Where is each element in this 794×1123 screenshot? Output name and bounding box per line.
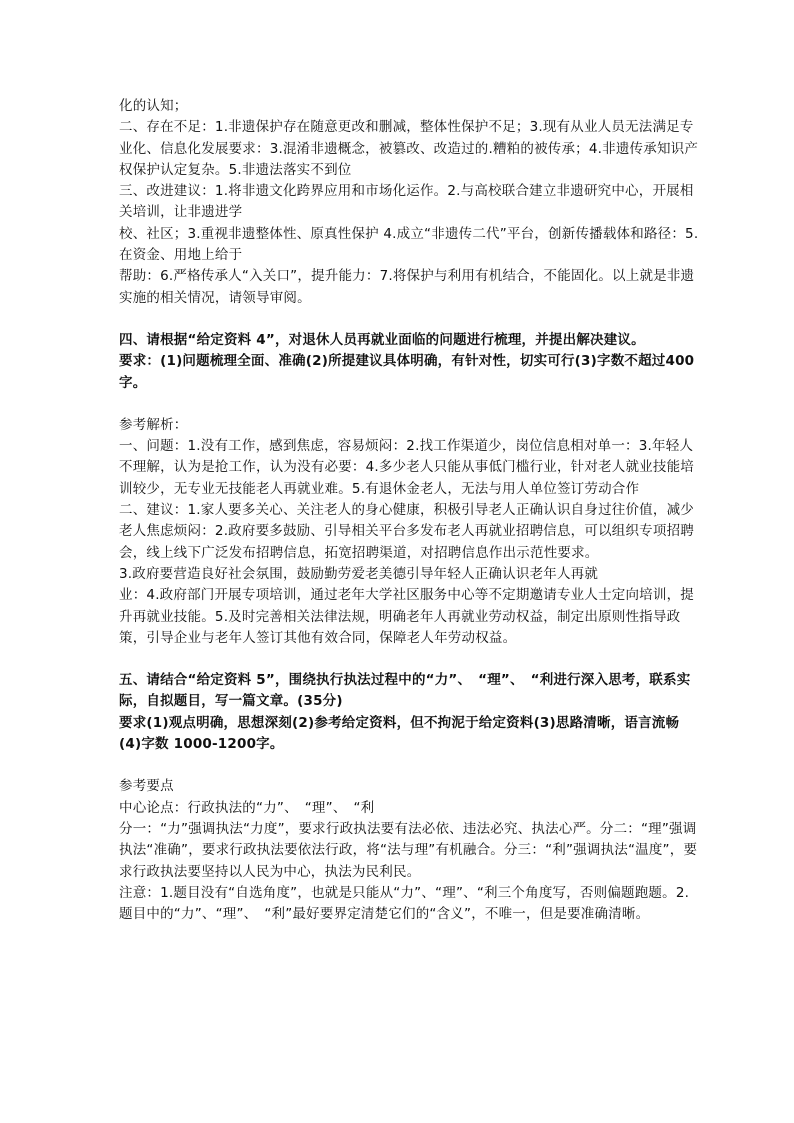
- paragraph-improvements-3: 帮助：6.严格传承人“入关口”，提升能力：7.将保护与利用有机结合，不能固化。以…: [119, 266, 699, 309]
- spacer: [119, 309, 699, 330]
- answer-4-heading: 参考解析：: [119, 415, 699, 436]
- question-5-requirement: 要求(1)观点明确，思想深刻(2)参考给定资料，但不拘泥于给定资料(3)思路清晰…: [119, 713, 699, 756]
- paragraph-cognition-tail: 化的认知；: [119, 96, 699, 117]
- document-page: 化的认知； 二、存在不足：1.非遗保护存在随意更改和删减，整体性保护不足；3.现…: [119, 96, 699, 925]
- question-4-title: 四、请根据“给定资料 4”，对退休人员再就业面临的问题进行梳理，并提出解决建议。: [119, 330, 699, 351]
- answer-5-note: 注意：1.题目没有“自选角度”，也就是只能从“力”、“理”、“利三个角度写，否则…: [119, 883, 699, 926]
- answer-5-heading: 参考要点: [119, 776, 699, 797]
- answer-5-thesis: 中心论点：行政执法的“力”、 “理”、 “利: [119, 798, 699, 819]
- answer-4-suggestions-1: 二、建议：1.家人要多关心、关注老人的身心健康，积极引导老人正确认识自身过往价值…: [119, 500, 699, 564]
- answer-4-suggestions-3: 业：4.政府部门开展专项培训，通过老年大学社区服务中心等不定期邀请专业人士定向培…: [119, 585, 699, 649]
- answer-5-points: 分一：“力”强调执法“力度”，要求行政执法要有法必依、违法必究、执法心严。分二：…: [119, 819, 699, 883]
- spacer: [119, 755, 699, 776]
- paragraph-shortcomings: 二、存在不足：1.非遗保护存在随意更改和删减，整体性保护不足；3.现有从业人员无…: [119, 117, 699, 181]
- answer-4-suggestions-2: 3.政府要营造良好社会氛围，鼓励勤劳爱老美德引导年轻人正确认识老年人再就: [119, 564, 699, 585]
- paragraph-improvements-2: 校、社区；3.重视非遗整体性、原真性保护 4.成立“非遗传二代”平台，创新传播载…: [119, 224, 699, 267]
- answer-4-problems: 一、问题：1.没有工作，感到焦虑，容易烦闷：2.找工作渠道少，岗位信息相对单一：…: [119, 436, 699, 500]
- spacer: [119, 649, 699, 670]
- question-5-title: 五、请结合“给定资料 5”，围绕执行执法过程中的“力”、 “理”、 “利进行深入…: [119, 670, 699, 713]
- spacer: [119, 394, 699, 415]
- paragraph-improvements-1: 三、改进建议：1.将非遗文化跨界应用和市场化运作。2.与高校联合建立非遗研究中心…: [119, 181, 699, 224]
- question-4-requirement: 要求：(1)问题梳理全面、准确(2)所提建议具体明确，有针对性，切实可行(3)字…: [119, 351, 699, 394]
